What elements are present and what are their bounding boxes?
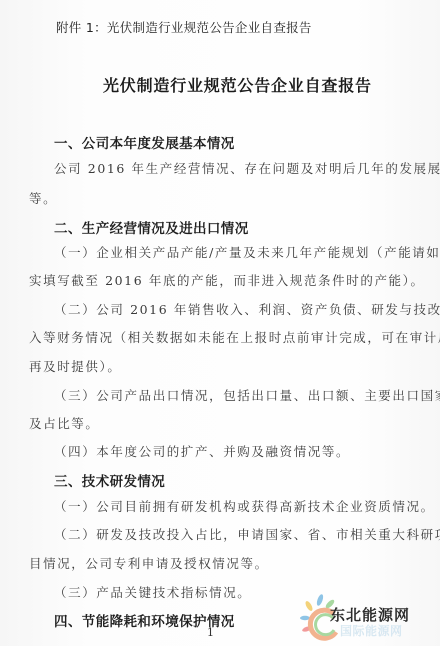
paragraph-line: （三）公司产品出口情况，包括出口量、出口额、主要出口国家	[54, 386, 440, 404]
paragraph-line: （一）企业相关产品产能/产量及未来几年产能规划（产能请如	[54, 243, 440, 261]
paragraph-line: （三）产品关键技术指标情况。	[54, 583, 251, 601]
paragraph-line: （一）公司目前拥有研发机构或获得高新技术企业资质情况。	[54, 497, 435, 515]
paragraph-line: 入等财务情况（相关数据如未能在上报时点前审计完成，可在审计后	[29, 328, 440, 346]
watermark-text: 东北能源网	[330, 604, 410, 625]
paragraph-line: （四）本年度公司的扩产、并购及融资情况等。	[54, 442, 350, 460]
paragraph-line: （二）公司 2016 年销售收入、利润、资产负债、研发与技改投	[54, 300, 440, 318]
paragraph-line: 公司 2016 年生产经营情况、存在问题及对明后几年的发展展望	[54, 159, 440, 177]
attachment-label: 附件 1：光伏制造行业规范公告企业自查报告	[56, 18, 312, 36]
paragraph-line: 目情况，公司专利申请及授权情况等。	[29, 554, 269, 572]
paragraph-line: （二）研发及技改投入占比，申请国家、省、市相关重大科研项	[54, 525, 440, 543]
section-heading-3: 三、技术研发情况	[54, 470, 165, 490]
paragraph-line: 再及时提供）。	[29, 357, 121, 375]
document-title: 光伏制造行业规范公告企业自查报告	[103, 73, 372, 96]
document-page: 附件 1：光伏制造行业规范公告企业自查报告 光伏制造行业规范公告企业自查报告 一…	[0, 0, 440, 646]
watermark-logo: 国际能源网 东北能源网	[300, 592, 440, 644]
paragraph-line: 等。	[29, 189, 57, 207]
paragraph-line: 及占比等。	[29, 414, 100, 432]
section-heading-2: 二、生产经营情况及进出口情况	[54, 217, 249, 237]
section-heading-1: 一、公司本年度发展基本情况	[54, 132, 235, 152]
page-number: 1	[207, 626, 214, 639]
paragraph-line: 实填写截至 2016 年底的产能，而非进入规范条件时的产能）。	[29, 271, 425, 289]
